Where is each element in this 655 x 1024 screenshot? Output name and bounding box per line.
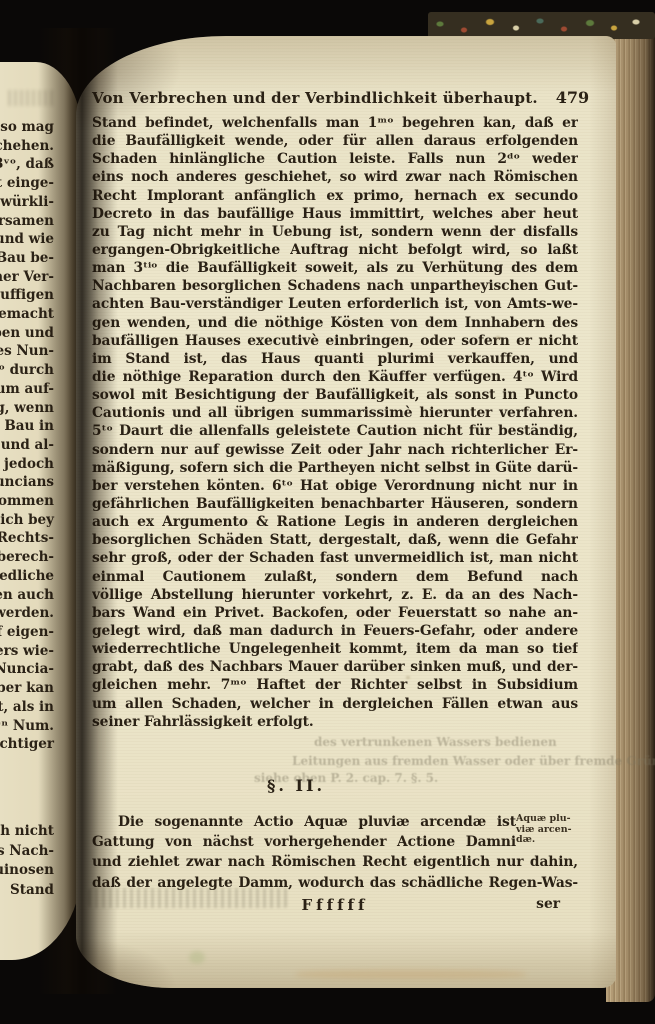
text-fragment: Stand bbox=[0, 881, 54, 901]
book-scan: , so maggeschehen.8ᵛᵒ, daßort einge-g wü… bbox=[0, 0, 655, 1024]
text-line: die nöthige Reparation durch den Käuffer… bbox=[92, 368, 578, 386]
text-fragment: Nuncians bbox=[0, 473, 54, 492]
text-line: baufälligen Hauses executivè einbringen,… bbox=[92, 332, 578, 350]
text-fragment: nhaber kan bbox=[0, 679, 54, 698]
text-fragment: n Bau in bbox=[0, 417, 54, 436]
text-fragment: t werden. bbox=[0, 604, 54, 623]
text-line: sondern nur auf gewisse Zeit oder Jahr n… bbox=[92, 441, 578, 459]
text-fragment: icher Ver- bbox=[0, 268, 54, 287]
text-line: Nachbaren besorglichen Schadens nach unp… bbox=[92, 277, 578, 295]
marbled-top-edge bbox=[428, 12, 655, 39]
text-line: gen wenden, und die nöthige Kösten von d… bbox=[92, 314, 578, 332]
text-line: Schaden hinlängliche Caution leiste. Fal… bbox=[92, 150, 578, 168]
text-line: man 3ᵗⁱᵒ die Baufälligkeit soweit, als z… bbox=[92, 259, 578, 277]
text-fragment: erum auf- bbox=[0, 380, 54, 399]
text-fragment: 1ᵗᵉⁿ Num. bbox=[0, 717, 54, 736]
text-line: sehr groß, oder der Schaden fast unverme… bbox=[92, 549, 578, 567]
text-line: gefährlichen Baufälligkeiten benachbarte… bbox=[92, 495, 578, 513]
text-fragment: rschiedliche bbox=[0, 567, 54, 586]
text-fragment: genommen bbox=[0, 492, 54, 511]
text-line: ber verstehen könten. 6ᵗᵒ Hat obige Vero… bbox=[92, 477, 578, 495]
text-line: zu Tag nicht mehr in Uebung ist, sondern… bbox=[92, 223, 578, 241]
text-fragment: t, als in bbox=[0, 698, 54, 717]
text-line: seiner Fahrlässigkeit erfolgt. bbox=[92, 713, 578, 731]
text-fragment: unberech- bbox=[0, 548, 54, 567]
text-line: einmal Cautionem zulaßt, sondern dem Bef… bbox=[92, 568, 578, 586]
paper-stain bbox=[296, 970, 526, 979]
text-line: 5ᵗᵒ Daurt die allenfalls geleistete Caut… bbox=[92, 422, 578, 440]
text-line: Gattung von nächst vorhergehender Action… bbox=[92, 832, 516, 852]
bleed-through-text: des vertrunkenen Wassers bedienen bbox=[314, 735, 557, 749]
faint-header-smudge bbox=[8, 90, 54, 106]
text-line: wiederrechtliche Ungelegenheit kommt, it… bbox=[92, 640, 578, 658]
section-paragraph: Die sogenannte Actio Aquæ pluviæ arcendæ… bbox=[92, 812, 578, 893]
text-line: und ziehlet zwar nach Römischen Recht ei… bbox=[92, 852, 578, 872]
text-fragment: abers wie- bbox=[0, 642, 54, 661]
text-fragment: Bau be- bbox=[0, 249, 54, 268]
book-page-479: Von Verbrechen und der Verbindlichkeit ü… bbox=[76, 36, 616, 988]
margin-note: Aquæ plu- viæ arcen- dæ. bbox=[516, 814, 580, 846]
text-fragment: nglich bey bbox=[0, 511, 54, 530]
text-line: Cautionis und all übrigen summarissimè h… bbox=[92, 404, 578, 422]
text-line: gelegt wird, daß man dadurch in Feuers-G… bbox=[92, 622, 578, 640]
page-number: 479 bbox=[556, 88, 589, 107]
text-fragment: des Nun- bbox=[0, 342, 54, 361]
text-fragment: ort einge- bbox=[0, 174, 54, 193]
text-fragment: , und al- bbox=[0, 436, 54, 455]
text-line: gleichen mehr. 7ᵐᵒ Haftet der Richter se… bbox=[92, 676, 578, 694]
facing-page-text-fragments: , so maggeschehen.8ᵛᵒ, daßort einge-g wü… bbox=[0, 118, 54, 754]
text-line: Stand befindet, welchenfalls man 1ᵐᵒ beg… bbox=[92, 114, 578, 132]
text-line: um allen Schaden, welcher in dergleichen… bbox=[92, 695, 578, 713]
text-fragment: und wie bbox=[0, 230, 54, 249]
text-fragment: ehorsamen bbox=[0, 212, 54, 231]
facing-page-text-fragments-bottom: noch nichtdes Nach-d ruinosenStand bbox=[0, 822, 54, 900]
facing-page-sliver: , so maggeschehen.8ᵛᵒ, daßort einge-g wü… bbox=[0, 62, 82, 960]
bleed-through-text: Leitungen aus fremden Wasser oder über f… bbox=[292, 754, 655, 768]
text-line: Die sogenannte Actio Aquæ pluviæ arcendæ… bbox=[92, 812, 516, 832]
margin-note-line: Aquæ plu- bbox=[516, 814, 580, 825]
text-fragment: usgemacht bbox=[0, 305, 54, 324]
text-line: mäßigung, sofern sich die Partheyen nich… bbox=[92, 459, 578, 477]
text-line: ergangen-Obrigkeitliche Auftrag nicht be… bbox=[92, 241, 578, 259]
text-fragment: on jedoch bbox=[0, 455, 54, 474]
text-fragment: auf eigen- bbox=[0, 623, 54, 642]
text-fragment: d ruinosen bbox=[0, 861, 54, 881]
text-fragment: e Rechts- bbox=[0, 529, 54, 548]
text-line: grabt, daß des Nachbars Mauer darüber si… bbox=[92, 658, 578, 676]
text-fragment: geschehen. bbox=[0, 137, 54, 156]
section-heading: §. II. bbox=[76, 776, 516, 795]
text-fragment: g, wenn bbox=[0, 399, 54, 418]
text-fragment: 3ᵗⁱᵒ durch bbox=[0, 361, 54, 380]
text-line: sowol mit Besichtigung der Baufälligkeit… bbox=[92, 386, 578, 404]
text-fragment: rläuffigen bbox=[0, 286, 54, 305]
text-fragment: , so mag bbox=[0, 118, 54, 137]
text-fragment: deren auch bbox=[0, 586, 54, 605]
text-line: bars Wand ein Privet. Backofen, oder Feu… bbox=[92, 604, 578, 622]
text-fragment: des Nach- bbox=[0, 842, 54, 862]
text-fragment: 8ᵛᵒ, daß bbox=[0, 155, 54, 174]
signature-row: Ffffff ser bbox=[92, 896, 578, 916]
margin-note-line: dæ. bbox=[516, 835, 580, 846]
text-fragment: r Nuncia- bbox=[0, 660, 54, 679]
text-line: auch ex Argumento & Ratione Legis in and… bbox=[92, 513, 578, 531]
text-line: völlige Abstellung hierunter vorkehrt, z… bbox=[92, 586, 578, 604]
text-line: achten Bau-verständiger Leuten erforderl… bbox=[92, 295, 578, 313]
text-line: daß der angelegte Damm, wodurch das schä… bbox=[92, 873, 578, 893]
text-line: Recht Implorant anfänglich ex primo, her… bbox=[92, 187, 578, 205]
text-line: die Baufälligkeit wende, oder für allen … bbox=[92, 132, 578, 150]
text-line: besorglichen Schäden Statt, dergestalt, … bbox=[92, 531, 578, 549]
main-paragraph: Stand befindet, welchenfalls man 1ᵐᵒ beg… bbox=[92, 114, 578, 731]
text-fragment: g würkli- bbox=[0, 193, 54, 212]
text-fragment: Erben und bbox=[0, 324, 54, 343]
text-line: Decreto in das baufällige Haus immittirt… bbox=[92, 205, 578, 223]
text-fragment: nmächtiger bbox=[0, 735, 54, 754]
text-line: eins noch anderes geschiehet, so wird zw… bbox=[92, 168, 578, 186]
catchword: ser bbox=[536, 896, 560, 912]
running-title: Von Verbrechen und der Verbindlichkeit ü… bbox=[92, 89, 538, 107]
text-fragment: noch nicht bbox=[0, 822, 54, 842]
paper-stain bbox=[189, 951, 205, 964]
running-header: Von Verbrechen und der Verbindlichkeit ü… bbox=[92, 88, 578, 107]
signature-mark: Ffffff bbox=[92, 896, 578, 914]
text-line: im Stand ist, das Haus quanti plurimi ve… bbox=[92, 350, 578, 368]
